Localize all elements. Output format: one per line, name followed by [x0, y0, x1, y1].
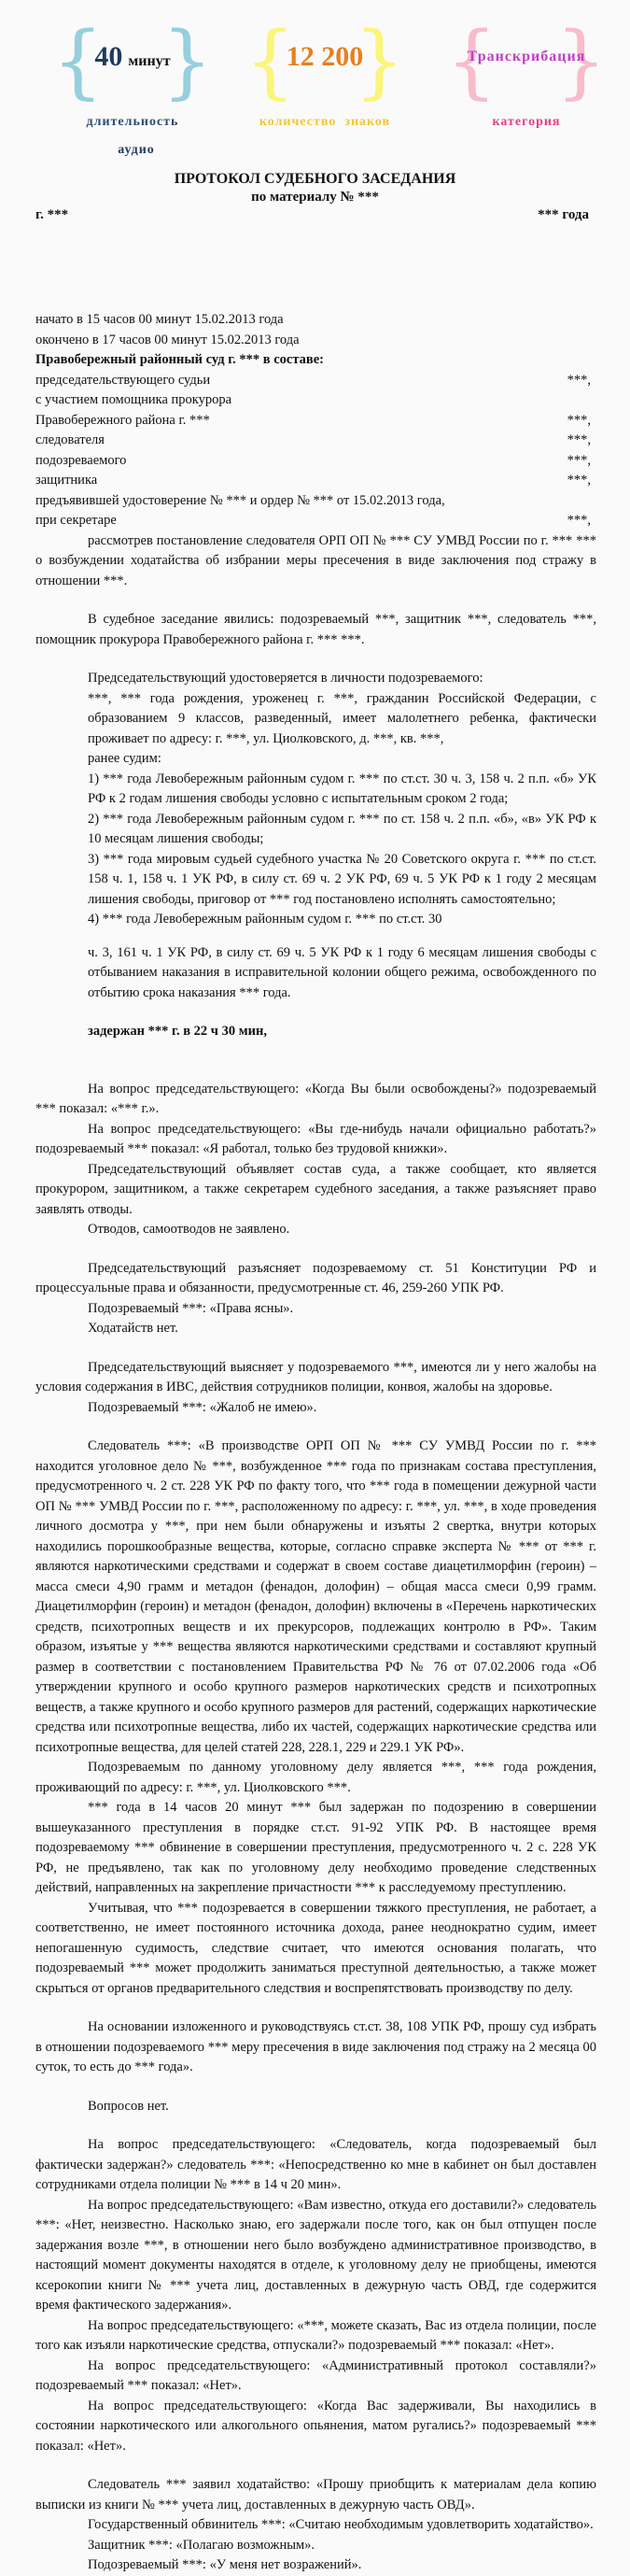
composition-label: предъявившей удостоверение № *** и ордер…	[35, 493, 445, 508]
characters-label: количество знаков	[245, 115, 405, 130]
composition-label: при секретаре	[35, 513, 117, 528]
bio-line: 3) *** года мировым судьей судебного уча…	[88, 850, 596, 911]
paragraph: На вопрос председательствующего: «Когда …	[35, 1080, 596, 1120]
composition-value: ***,	[567, 371, 591, 391]
characters-value: 12 200	[245, 41, 405, 73]
category-label: категория	[446, 115, 607, 130]
composition-label: с участием помощника прокурора	[35, 392, 231, 407]
bio-line: ч. 3, 161 ч. 1 УК РФ, в силу ст. 69 ч. 5…	[88, 943, 596, 1004]
investigator-statement: Следователь ***: «В производстве ОРП ОП …	[0, 1437, 630, 1999]
court-questions-block: На вопрос председательствующего: «Следов…	[0, 2135, 630, 2242]
characters-stat: { } 12 200 количество знаков	[245, 19, 405, 105]
document-title: ПРОТОКОЛ СУДЕБНОГО ЗАСЕДАНИЯ	[0, 170, 630, 189]
duration-stat: { } 40минут длительность аудио	[52, 19, 213, 105]
composition-label: подозреваемого	[35, 453, 126, 468]
composition-row: с участием помощника прокурора	[35, 390, 596, 411]
paragraph: Председательствующий разъясняет подозрев…	[35, 1259, 596, 1299]
questions-block: На вопрос председательствующего: «Когда …	[0, 1080, 630, 1240]
composition-row: председательствующего судьи***,	[35, 371, 596, 391]
composition-label: защитника	[35, 473, 97, 488]
composition-label: Правобережного района г. ***	[35, 413, 210, 428]
paragraph: На вопрос председательствующего: «Вам из…	[35, 2196, 596, 2243]
ended-time: окончено в 17 часов 00 минут 15.02.2013 …	[35, 331, 596, 351]
considered-paragraph: рассмотрев постановление следователя ОРП…	[35, 531, 596, 592]
bio-line: 4) *** года Левобережным районным судом …	[88, 910, 596, 930]
dateline: г. *** *** года	[35, 205, 595, 226]
paragraph: *** года в 14 часов 20 минут *** был зад…	[35, 1798, 596, 1899]
composition-row: Правобережного района г. ******,	[35, 411, 596, 432]
court-composition: председательствующего судьи***,с участие…	[0, 371, 630, 531]
protocol-document: ПРОТОКОЛ СУДЕБНОГО ЗАСЕДАНИЯ по материал…	[0, 159, 630, 2242]
composition-row: подозреваемого***,	[35, 451, 596, 472]
paragraph: Председательствующий выясняет у подозрев…	[35, 1358, 596, 1398]
paragraph: Председательствующий объявляет состав су…	[35, 1160, 596, 1221]
paragraph: Подозреваемый ***: «Права ясны».	[35, 1299, 596, 1320]
composition-label: следователя	[35, 432, 105, 447]
composition-value: ***,	[567, 431, 591, 451]
category-stat: { } Транскрибация категория	[446, 19, 607, 105]
no-questions: Вопросов нет.	[35, 2097, 596, 2117]
duration-number: 40	[94, 41, 122, 72]
paragraph: Учитывая, что *** подозревается в соверш…	[35, 1899, 596, 2000]
paragraph: Ходатайств нет.	[35, 1319, 596, 1339]
composition-value: ***,	[567, 411, 591, 432]
composition-value: ***,	[567, 451, 591, 472]
composition-value: ***,	[567, 511, 591, 531]
bio-line: ***, *** года рождения, уроженец г. ***,…	[88, 689, 596, 750]
city: г. ***	[35, 207, 68, 222]
composition-label: председательствующего судьи	[35, 373, 210, 388]
duration-label: длительность	[52, 115, 213, 130]
rights-block: Председательствующий разъясняет подозрев…	[0, 1259, 630, 1339]
petition-paragraph: На основании изложенного и руководствуяс…	[35, 2017, 596, 2078]
paragraph: Следователь ***: «В производстве ОРП ОП …	[35, 1437, 596, 1758]
complaints-block: Председательствующий выясняет у подозрев…	[0, 1358, 630, 1419]
date: *** года	[538, 205, 589, 226]
appeared-paragraph: В судебное заседание явились: подозревае…	[35, 610, 596, 650]
started-time: начато в 15 часов 00 минут 15.02.2013 го…	[35, 310, 596, 331]
paragraph: На вопрос председательствующего: «Следов…	[35, 2135, 596, 2196]
bio-line: 2) *** года Левобережным районным судом …	[88, 810, 596, 850]
bio-line: ранее судим:	[88, 749, 596, 770]
stats-header: { } 40минут длительность аудио { } 12 20…	[0, 0, 630, 140]
composition-row: защитника***,	[35, 471, 596, 491]
detained-line: задержан *** г. в 22 ч 30 мин,	[88, 1022, 596, 1042]
court-name: Правобережный районный суд г. *** в сост…	[35, 350, 596, 371]
paragraph: На вопрос председательствующего: «Вы где…	[35, 1120, 596, 1160]
bio-line: 1) *** года Левобережным районным судом …	[88, 770, 596, 810]
duration-label-line2: аудио	[108, 143, 164, 158]
paragraph: Подозреваемым по данному уголовному делу…	[35, 1758, 596, 1798]
suspect-bio: ***, *** года рождения, уроженец г. ***,…	[0, 689, 630, 1004]
duration-value: 40минут	[52, 41, 213, 73]
paragraph: Отводов, самоотводов не заявлено.	[35, 1220, 596, 1240]
category-value: Транскрибация	[446, 49, 607, 65]
identity-intro: Председательствующий удостоверяется в ли…	[35, 669, 596, 689]
composition-row: предъявившей удостоверение № *** и ордер…	[35, 491, 596, 512]
duration-unit: минут	[128, 53, 170, 69]
composition-row: следователя***,	[35, 431, 596, 451]
composition-value: ***,	[567, 471, 591, 491]
composition-row: при секретаре***,	[35, 511, 596, 531]
document-subtitle: по материалу № ***	[0, 189, 630, 205]
paragraph: Подозреваемый ***: «Жалоб не имею».	[35, 1398, 596, 1419]
